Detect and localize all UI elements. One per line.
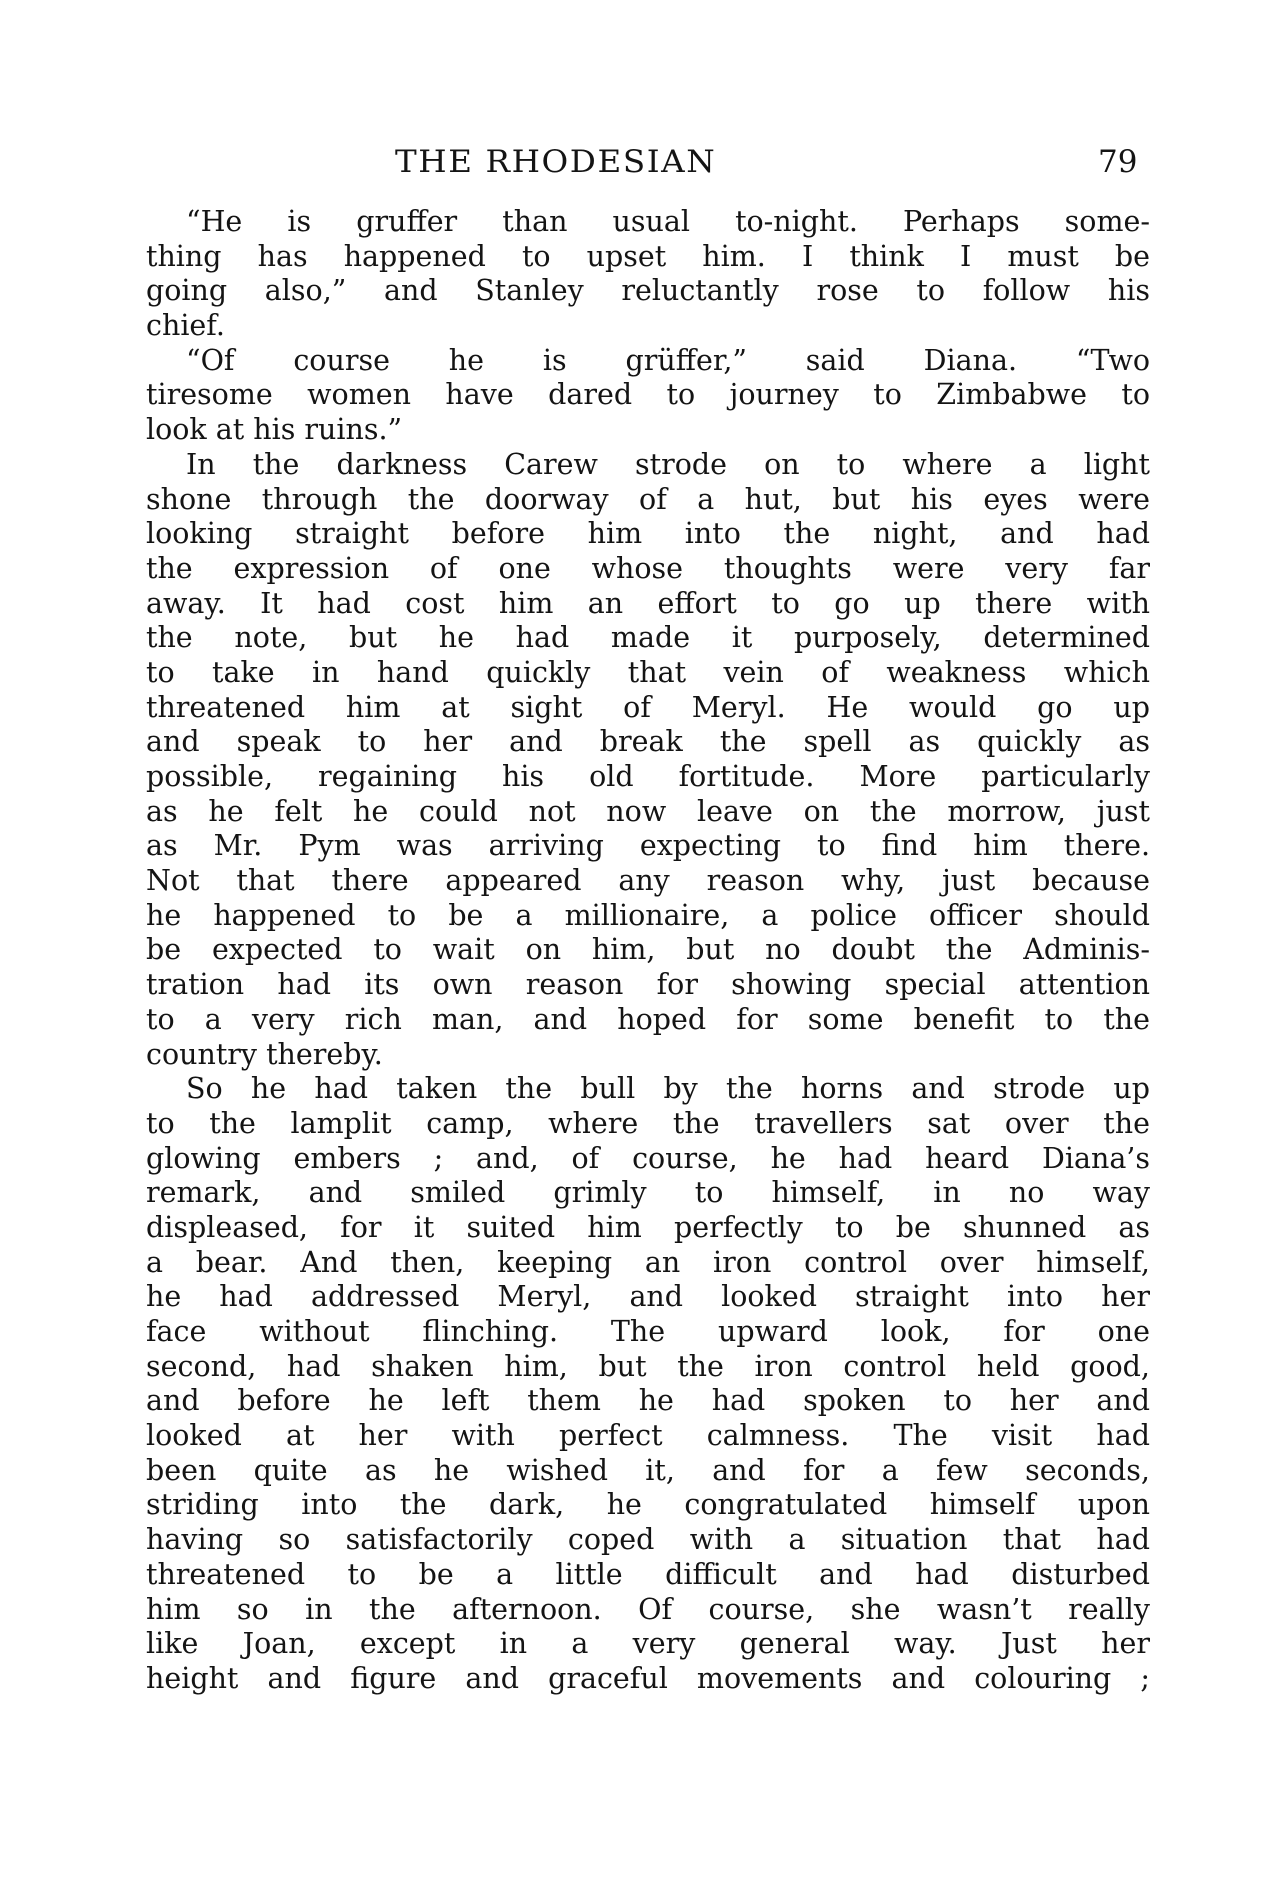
text-line: striding into the dark, he congratulated… [146,1488,1150,1523]
text-line: away. It had cost him an effort to go up… [146,587,1150,622]
text-line: the expression of one whose thoughts wer… [146,552,1150,587]
text-line: and before he left them he had spoken to… [146,1384,1150,1419]
text-line: him so in the afternoon. Of course, she … [146,1593,1150,1628]
text-line: threatened him at sight of Meryl. He wou… [146,691,1150,726]
text-line: going also,” and Stanley reluctantly ros… [146,274,1150,309]
text-line: looked at her with perfect calmness. The… [146,1419,1150,1454]
text-line: threatened to be a little difficult and … [146,1558,1150,1593]
text-line: and speak to her and break the spell as … [146,725,1150,760]
running-head: THE RHODESIAN 79 [0,142,1280,182]
text-line: country thereby. [146,1038,1150,1073]
text-line: be expected to wait on him, but no doubt… [146,933,1150,968]
text-line: like Joan, except in a very general way.… [146,1627,1150,1662]
text-line: he happened to be a millionaire, a polic… [146,899,1150,934]
text-line: “Of course he is grüffer,” said Diana. “… [146,344,1150,379]
text-line: looking straight before him into the nig… [146,517,1150,552]
running-head-title: THE RHODESIAN [395,142,716,182]
text-line: as Mr. Pym was arriving expecting to fin… [146,829,1150,864]
text-line: glowing embers ; and, of course, he had … [146,1142,1150,1177]
text-line: he had addressed Meryl, and looked strai… [146,1280,1150,1315]
text-line: “He is gruffer than usual to-night. Perh… [146,205,1150,240]
text-line: tiresome women have dared to journey to … [146,378,1150,413]
text-line: tration had its own reason for showing s… [146,968,1150,1003]
book-page: THE RHODESIAN 79 “He is gruffer than usu… [0,0,1280,1896]
text-line: to a very rich man, and hoped for some b… [146,1003,1150,1038]
body-text: “He is gruffer than usual to-night. Perh… [146,205,1150,1697]
text-line: face without flinching. The upward look,… [146,1315,1150,1350]
page-number: 79 [1098,142,1137,182]
text-line: look at his ruins.” [146,413,1150,448]
text-line: So he had taken the bull by the horns an… [146,1072,1150,1107]
text-line: shone through the doorway of a hut, but … [146,483,1150,518]
text-line: height and figure and graceful movements… [146,1662,1150,1697]
text-line: displeased, for it suited him perfectly … [146,1211,1150,1246]
text-line: second, had shaken him, but the iron con… [146,1350,1150,1385]
text-line: having so satisfactorily coped with a si… [146,1523,1150,1558]
text-line: as he felt he could not now leave on the… [146,795,1150,830]
text-line: the note, but he had made it purposely, … [146,621,1150,656]
text-line: been quite as he wished it, and for a fe… [146,1454,1150,1489]
text-line: to the lamplit camp, where the traveller… [146,1107,1150,1142]
text-line: In the darkness Carew strode on to where… [146,448,1150,483]
text-line: possible, regaining his old fortitude. M… [146,760,1150,795]
text-line: chief. [146,309,1150,344]
text-line: Not that there appeared any reason why, … [146,864,1150,899]
text-line: to take in hand quickly that vein of wea… [146,656,1150,691]
text-line: remark, and smiled grimly to himself, in… [146,1176,1150,1211]
text-line: thing has happened to upset him. I think… [146,240,1150,275]
text-line: a bear. And then, keeping an iron contro… [146,1246,1150,1281]
